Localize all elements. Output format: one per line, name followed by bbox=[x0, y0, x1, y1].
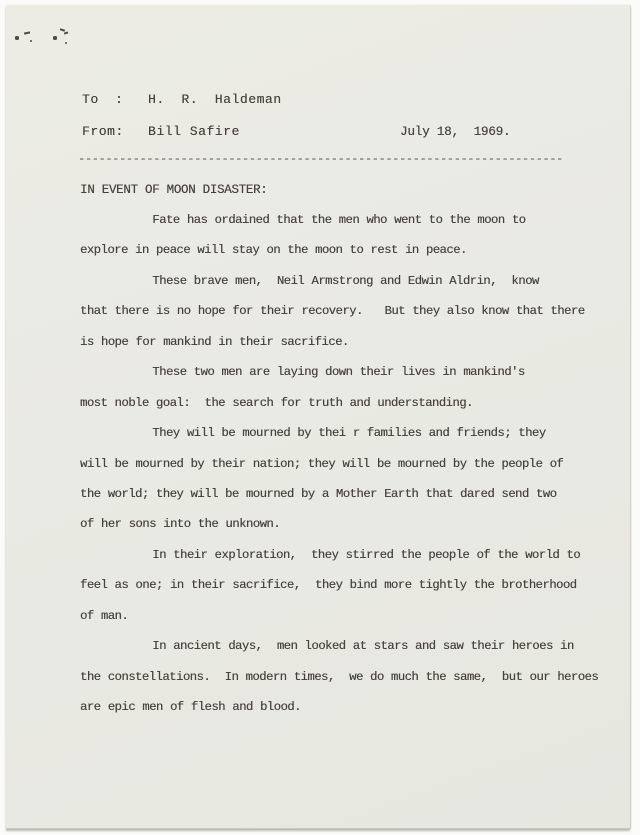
memo-line: that there is no hope for their recovery… bbox=[80, 296, 600, 326]
memo-line: will be mourned by their nation; they wi… bbox=[80, 449, 600, 479]
pencil-dot-icon bbox=[65, 42, 67, 44]
separator-dashes: ----------------------------------------… bbox=[78, 151, 563, 167]
to-label: To bbox=[82, 93, 99, 107]
memo-line: the constellations. In modern times, we … bbox=[80, 662, 600, 692]
to-value: H. R. Haldeman bbox=[148, 93, 282, 107]
memo-line: most noble goal: the search for truth an… bbox=[80, 388, 600, 418]
pencil-mark-icon bbox=[24, 31, 30, 34]
memo-line: They will be mourned by thei r families … bbox=[80, 418, 600, 448]
memo-from-row: From: Bill Safire July 18, 1969. bbox=[6, 125, 630, 140]
from-value: Bill Safire bbox=[148, 125, 240, 139]
memo-line: are epic men of flesh and blood. bbox=[80, 692, 600, 722]
pencil-mark-icon bbox=[60, 28, 65, 31]
memo-body: Fate has ordained that the men who went … bbox=[80, 205, 600, 722]
memo-paper: To : H. R. Haldeman From: Bill Safire Ju… bbox=[6, 5, 630, 829]
pencil-dot-icon bbox=[30, 40, 32, 42]
memo-line: explore in peace will stay on the moon t… bbox=[80, 235, 600, 265]
memo-line: These brave men, Neil Armstrong and Edwi… bbox=[80, 266, 600, 296]
to-colon: : bbox=[115, 93, 123, 107]
from-label: From: bbox=[82, 125, 124, 139]
memo-line: the world; they will be mourned by a Mot… bbox=[80, 479, 600, 509]
pencil-mark-icon bbox=[64, 31, 68, 34]
staple-hole-icon bbox=[15, 36, 19, 40]
subject-line: IN EVENT OF MOON DISASTER: bbox=[80, 183, 267, 198]
memo-date: July 18, 1969. bbox=[400, 125, 510, 139]
memo-line: In ancient days, men looked at stars and… bbox=[80, 631, 600, 661]
memo-line: These two men are laying down their live… bbox=[80, 357, 600, 387]
memo-line: of man. bbox=[80, 601, 600, 631]
memo-line: Fate has ordained that the men who went … bbox=[80, 205, 600, 235]
memo-line: feel as one; in their sacrifice, they bi… bbox=[80, 570, 600, 600]
memo-line: is hope for mankind in their sacrifice. bbox=[80, 327, 600, 357]
memo-line: of her sons into the unknown. bbox=[80, 509, 600, 539]
memo-to-row: To : H. R. Haldeman bbox=[6, 93, 630, 108]
memo-line: In their exploration, they stirred the p… bbox=[80, 540, 600, 570]
staple-hole-icon bbox=[53, 36, 57, 40]
